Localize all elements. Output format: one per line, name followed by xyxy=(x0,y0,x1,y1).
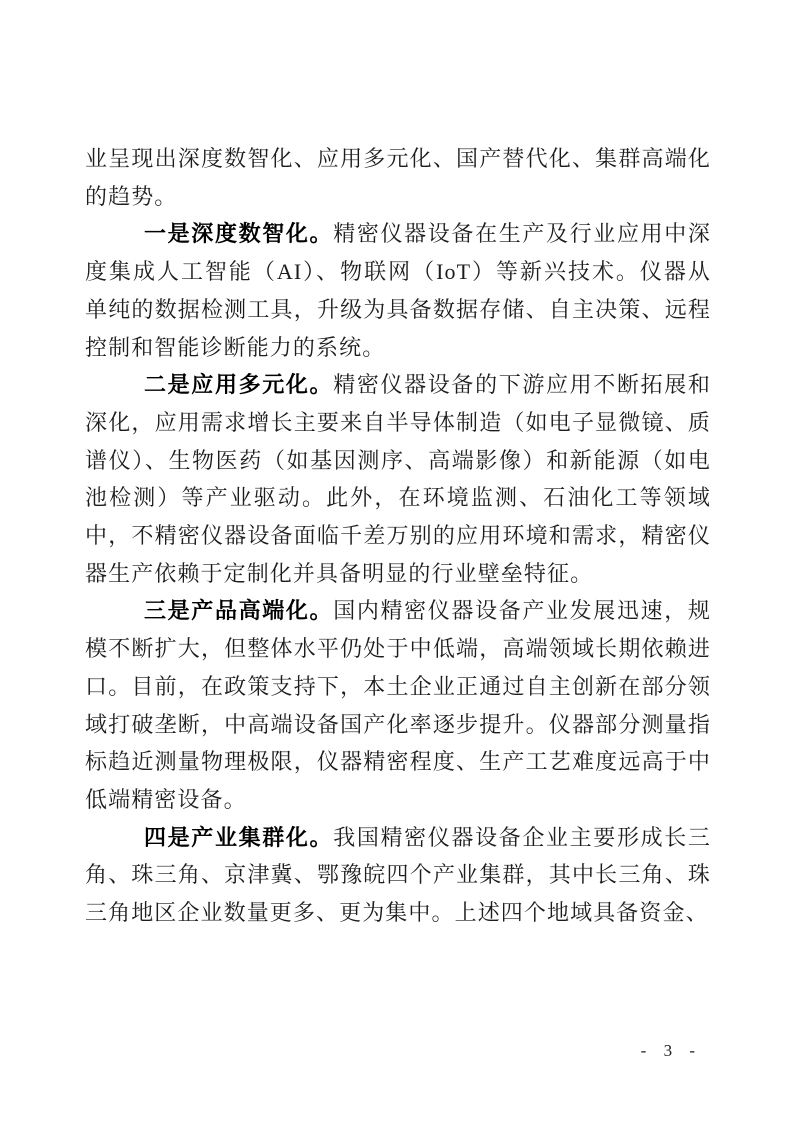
paragraph-4-lead: 四是产业集群化。 xyxy=(144,825,333,850)
paragraph-3: 三是产品高端化。国内精密仪器设备产业发展迅速，规模不断扩大，但整体水平仍处于中低… xyxy=(85,592,711,818)
document-page: 业呈现出深度数智化、应用多元化、国产替代化、集群高端化的趋势。 一是深度数智化。… xyxy=(0,0,794,1123)
paragraph-3-text: 国内精密仪器设备产业发展迅速，规模不断扩大，但整体水平仍处于中低端，高端领域长期… xyxy=(85,598,711,812)
page-number: - 3 - xyxy=(641,1041,698,1060)
page-footer: - 3 - xyxy=(641,1041,698,1061)
paragraph-1-lead: 一是深度数智化。 xyxy=(144,221,333,246)
paragraph-2-lead: 二是应用多元化。 xyxy=(144,372,333,397)
document-body: 业呈现出深度数智化、应用多元化、国产替代化、集群高端化的趋势。 一是深度数智化。… xyxy=(85,140,711,932)
paragraph-1: 一是深度数智化。精密仪器设备在生产及行业应用中深度集成人工智能（AI）、物联网（… xyxy=(85,215,711,366)
paragraph-4: 四是产业集群化。我国精密仪器设备企业主要形成长三角、珠三角、京津冀、鄂豫皖四个产… xyxy=(85,819,711,932)
paragraph-2: 二是应用多元化。精密仪器设备的下游应用不断拓展和深化，应用需求增长主要来自半导体… xyxy=(85,366,711,592)
paragraph-continuation: 业呈现出深度数智化、应用多元化、国产替代化、集群高端化的趋势。 xyxy=(85,140,711,215)
paragraph-3-lead: 三是产品高端化。 xyxy=(144,598,333,623)
paragraph-2-text: 精密仪器设备的下游应用不断拓展和深化，应用需求增长主要来自半导体制造（如电子显微… xyxy=(85,372,711,586)
